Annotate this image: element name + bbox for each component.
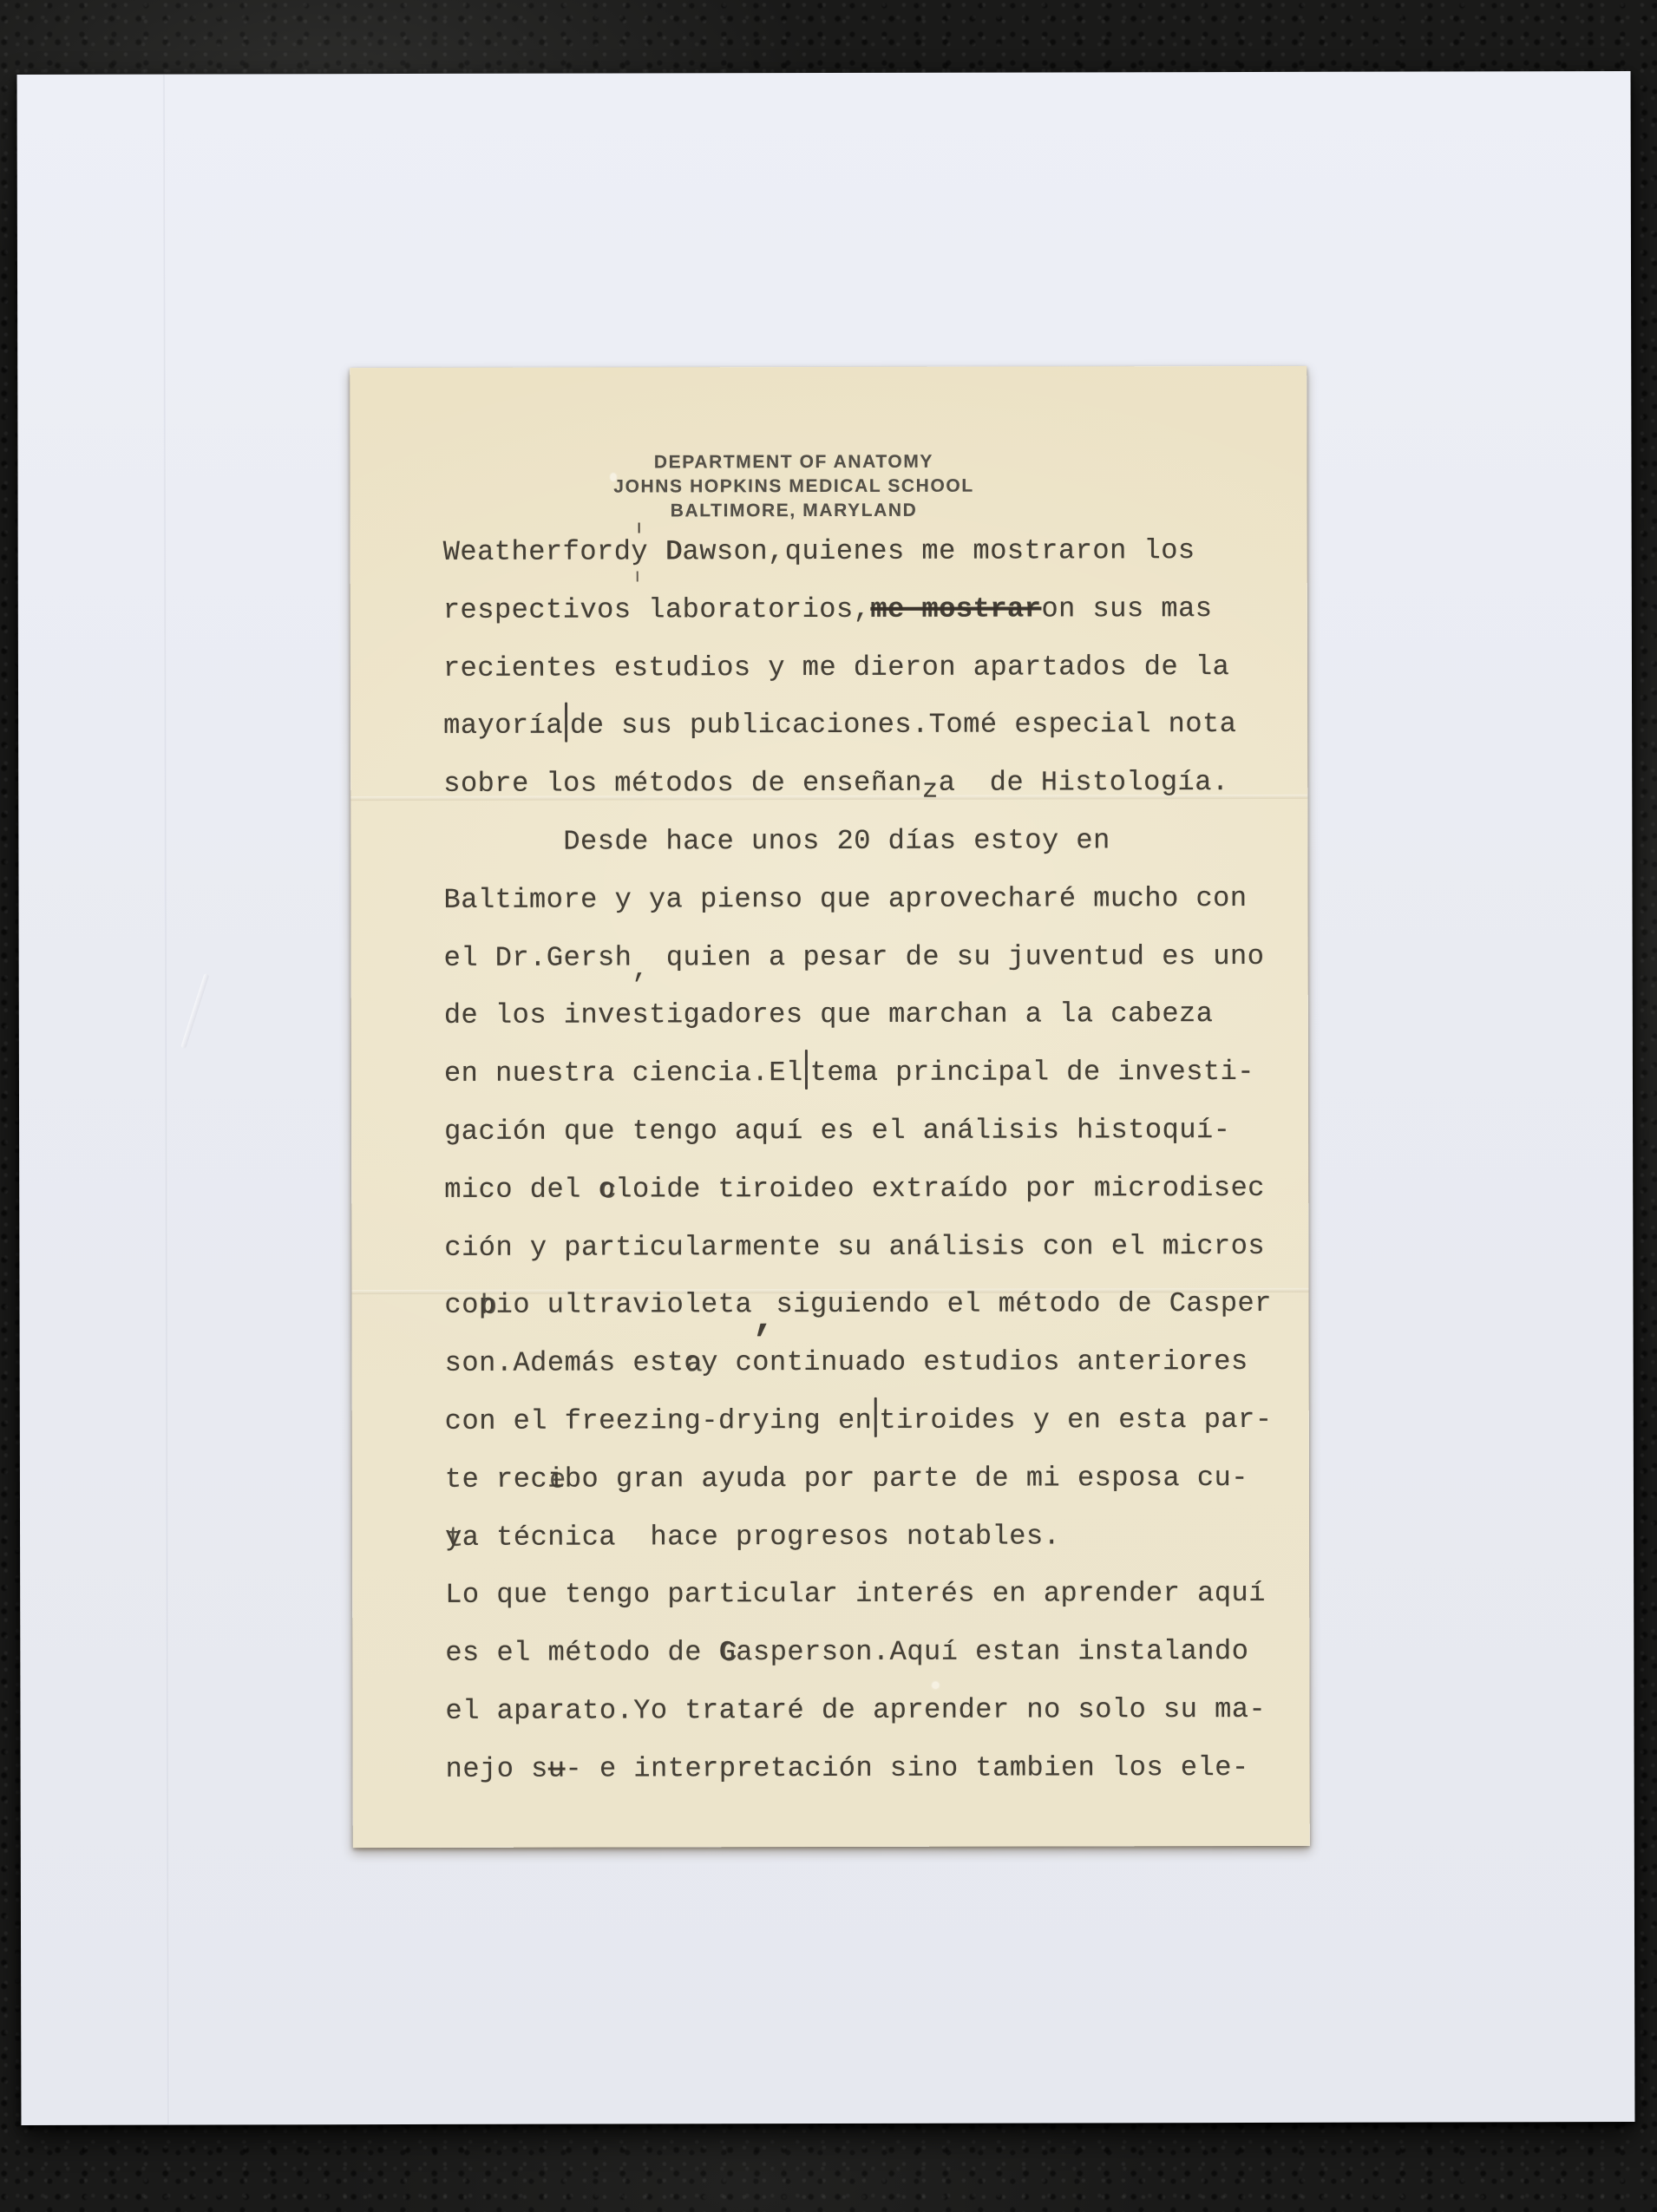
letterhead-department: DEPARTMENT OF ANATOMY (315, 449, 1272, 475)
letter-text-segment: el aparato.Yo trataré de aprender no sol… (445, 1693, 1266, 1727)
letter-text-segment: tiroides y en esta par- (879, 1404, 1272, 1436)
sheet-vertical-crease (163, 75, 170, 2125)
letter-text-segment: io ultravioleta (496, 1289, 753, 1322)
letter-text-segment: me mostrar (870, 592, 1041, 625)
letter-text-segment: Desde hace unos 20 días estoy en (443, 824, 1110, 858)
pen-stroke-mark (805, 1050, 808, 1090)
letter-line: nejo su- e interpretación sino tambien l… (446, 1739, 1296, 1799)
letter-text-segment: en nuestra ciencia.El (444, 1057, 803, 1090)
letter-text-segment: quien a pesar de su juventud es uno (649, 940, 1264, 973)
overstruck-character: c (599, 1162, 617, 1220)
letter-text-segment: mayoría (443, 710, 563, 742)
letter-line: Baltimore y ya pienso que aprovecharé mu… (443, 870, 1294, 930)
letter-text-segment: GC (719, 1624, 737, 1682)
letter-text-segment (648, 535, 665, 567)
overstruck-character: e (549, 1451, 567, 1509)
letter-line: mayoríade sus publicaciones.Tomé especia… (443, 696, 1294, 756)
letter-line: recientes estudios y me dieron apartados… (443, 638, 1294, 697)
letter-text-segment: a técnica hace progresos notables. (462, 1520, 1061, 1553)
overstruck-character: C (721, 1625, 738, 1683)
letter-text-segment: son.Además est (445, 1346, 684, 1379)
letter-line: el aparato.Yo trataré de aprender no sol… (445, 1681, 1295, 1741)
letter-text-segment: y continuado estudios anteriores (701, 1345, 1248, 1378)
letter-text-segment: siguiendo el método de Casper (776, 1287, 1272, 1320)
letter-text-segment: Baltimore y ya pienso que aprovecharé mu… (443, 882, 1247, 916)
letter-text-segment: mico del (444, 1173, 598, 1205)
letter-text-segment: awson,quienes me mostraron los (682, 534, 1195, 567)
letter-text-segment: , (632, 952, 649, 985)
letter-line: te reciebo gran ayuda por parte de mi es… (445, 1450, 1295, 1509)
backing-sheet: DEPARTMENT OF ANATOMY JOHNS HOPKINS MEDI… (17, 71, 1635, 2125)
letter-text-segment: z (922, 776, 939, 806)
letter-line: Weatherfordy Dawson,quienes me mostraron… (443, 522, 1294, 582)
letter-text-segment: de sus publicaciones.Tomé especial nota (570, 708, 1236, 742)
letter-text-segment: asperson.Aquí estan instalando (736, 1635, 1248, 1668)
letter-text-segment: bo gran ayuda por parte de mi esposa cu- (565, 1462, 1248, 1495)
letter-line: es el método de GCasperson.Aquí estan in… (445, 1623, 1295, 1683)
letter-text-segment: de los investigadores que marchan a la c… (444, 998, 1214, 1031)
letter-text-segment: oa (684, 1334, 701, 1392)
letter-text-segment: Lo que tengo particular interés en apren… (445, 1577, 1266, 1611)
letter-line: gación que tengo aquí es el análisis his… (444, 1102, 1294, 1162)
letter-line: con el freezing-drying entiroides y en e… (445, 1391, 1295, 1451)
pen-stroke-mark (565, 703, 567, 743)
letter-text-segment: te rec (445, 1463, 547, 1495)
letter-line: ción y particularmente su análisis con e… (444, 1217, 1294, 1277)
overstruck-character: a (685, 1335, 703, 1393)
letter-text-segment: a de Histología. (939, 766, 1229, 799)
letter-text-segment: on sus mas (1041, 592, 1212, 625)
letter-line: Lo que tengo particular interés en apren… (445, 1565, 1295, 1625)
letter-text-segment: - e interpretación sino tambien los ele- (566, 1751, 1249, 1785)
letter-paper: DEPARTMENT OF ANATOMY JOHNS HOPKINS MEDI… (350, 366, 1310, 1848)
letter-line: yta técnica hace progresos notables. (445, 1507, 1295, 1567)
letter-text-segment: ción y particularmente su análisis con e… (444, 1230, 1265, 1264)
letter-text-segment: tema principal de investi- (810, 1056, 1254, 1089)
letter-text-segment: ie (547, 1450, 565, 1508)
letter-line: en nuestra ciencia.Eltema principal de i… (444, 1044, 1294, 1103)
letter-line: de los investigadores que marchan a la c… (444, 985, 1294, 1045)
letter-text-segment: D (665, 535, 683, 567)
overstruck-character: t (447, 1509, 464, 1567)
overstruck-character: b (481, 1278, 498, 1336)
pen-stroke-mark (874, 1397, 876, 1437)
letter-text-segment: loide tiroideo extraído por microdisec (615, 1172, 1265, 1206)
letter-text-segment: con el freezing-drying en (445, 1404, 873, 1437)
letter-body: Weatherfordy Dawson,quienes me mostraron… (443, 522, 1296, 1799)
letter-line: mico del ocloide tiroideo extraído por m… (444, 1160, 1294, 1220)
letter-line: son.Además estoay continuado estudios an… (445, 1333, 1295, 1393)
letter-text-segment: u (548, 1752, 566, 1784)
letterhead-city: BALTIMORE, MARYLAND (316, 498, 1273, 524)
letter-text-segment: es el método de (445, 1636, 718, 1669)
letter-text-segment: respectivos laboratorios, (443, 593, 871, 626)
letter-line: respectivos laboratorios,me mostraron su… (443, 580, 1294, 640)
letterhead-school: JOHNS HOPKINS MEDICAL SCHOOL (315, 474, 1272, 500)
letter-text-segment: sobre los métodos de enseñan (443, 767, 922, 800)
letter-text-segment: pb (479, 1277, 496, 1335)
sheet-diagonal-crease (180, 973, 209, 1049)
letter-text-segment: Weatherford (443, 535, 632, 567)
letterhead: DEPARTMENT OF ANATOMY JOHNS HOPKINS MEDI… (315, 449, 1272, 524)
letter-text-segment: oc (598, 1161, 615, 1219)
letter-line: copbio ultravioleta,siguiendo el método … (444, 1275, 1294, 1335)
letter-text-segment: co (444, 1289, 478, 1321)
letter-line: sobre los métodos de enseñanza de Histol… (443, 754, 1294, 814)
letter-text-segment: yt (445, 1508, 462, 1567)
letter-line: Desde hace unos 20 días estoy en (443, 812, 1294, 872)
letter-text-segment: gación que tengo aquí es el análisis his… (444, 1114, 1230, 1148)
letter-text-segment: y (631, 535, 648, 567)
letter-text-segment: nejo s (446, 1752, 548, 1784)
letter-text-segment: recientes estudios y me dieron apartados… (443, 651, 1229, 684)
letter-text-segment: el Dr.Gersh (444, 941, 632, 973)
letter-line: el Dr.Gersh, quien a pesar de su juventu… (444, 927, 1294, 987)
